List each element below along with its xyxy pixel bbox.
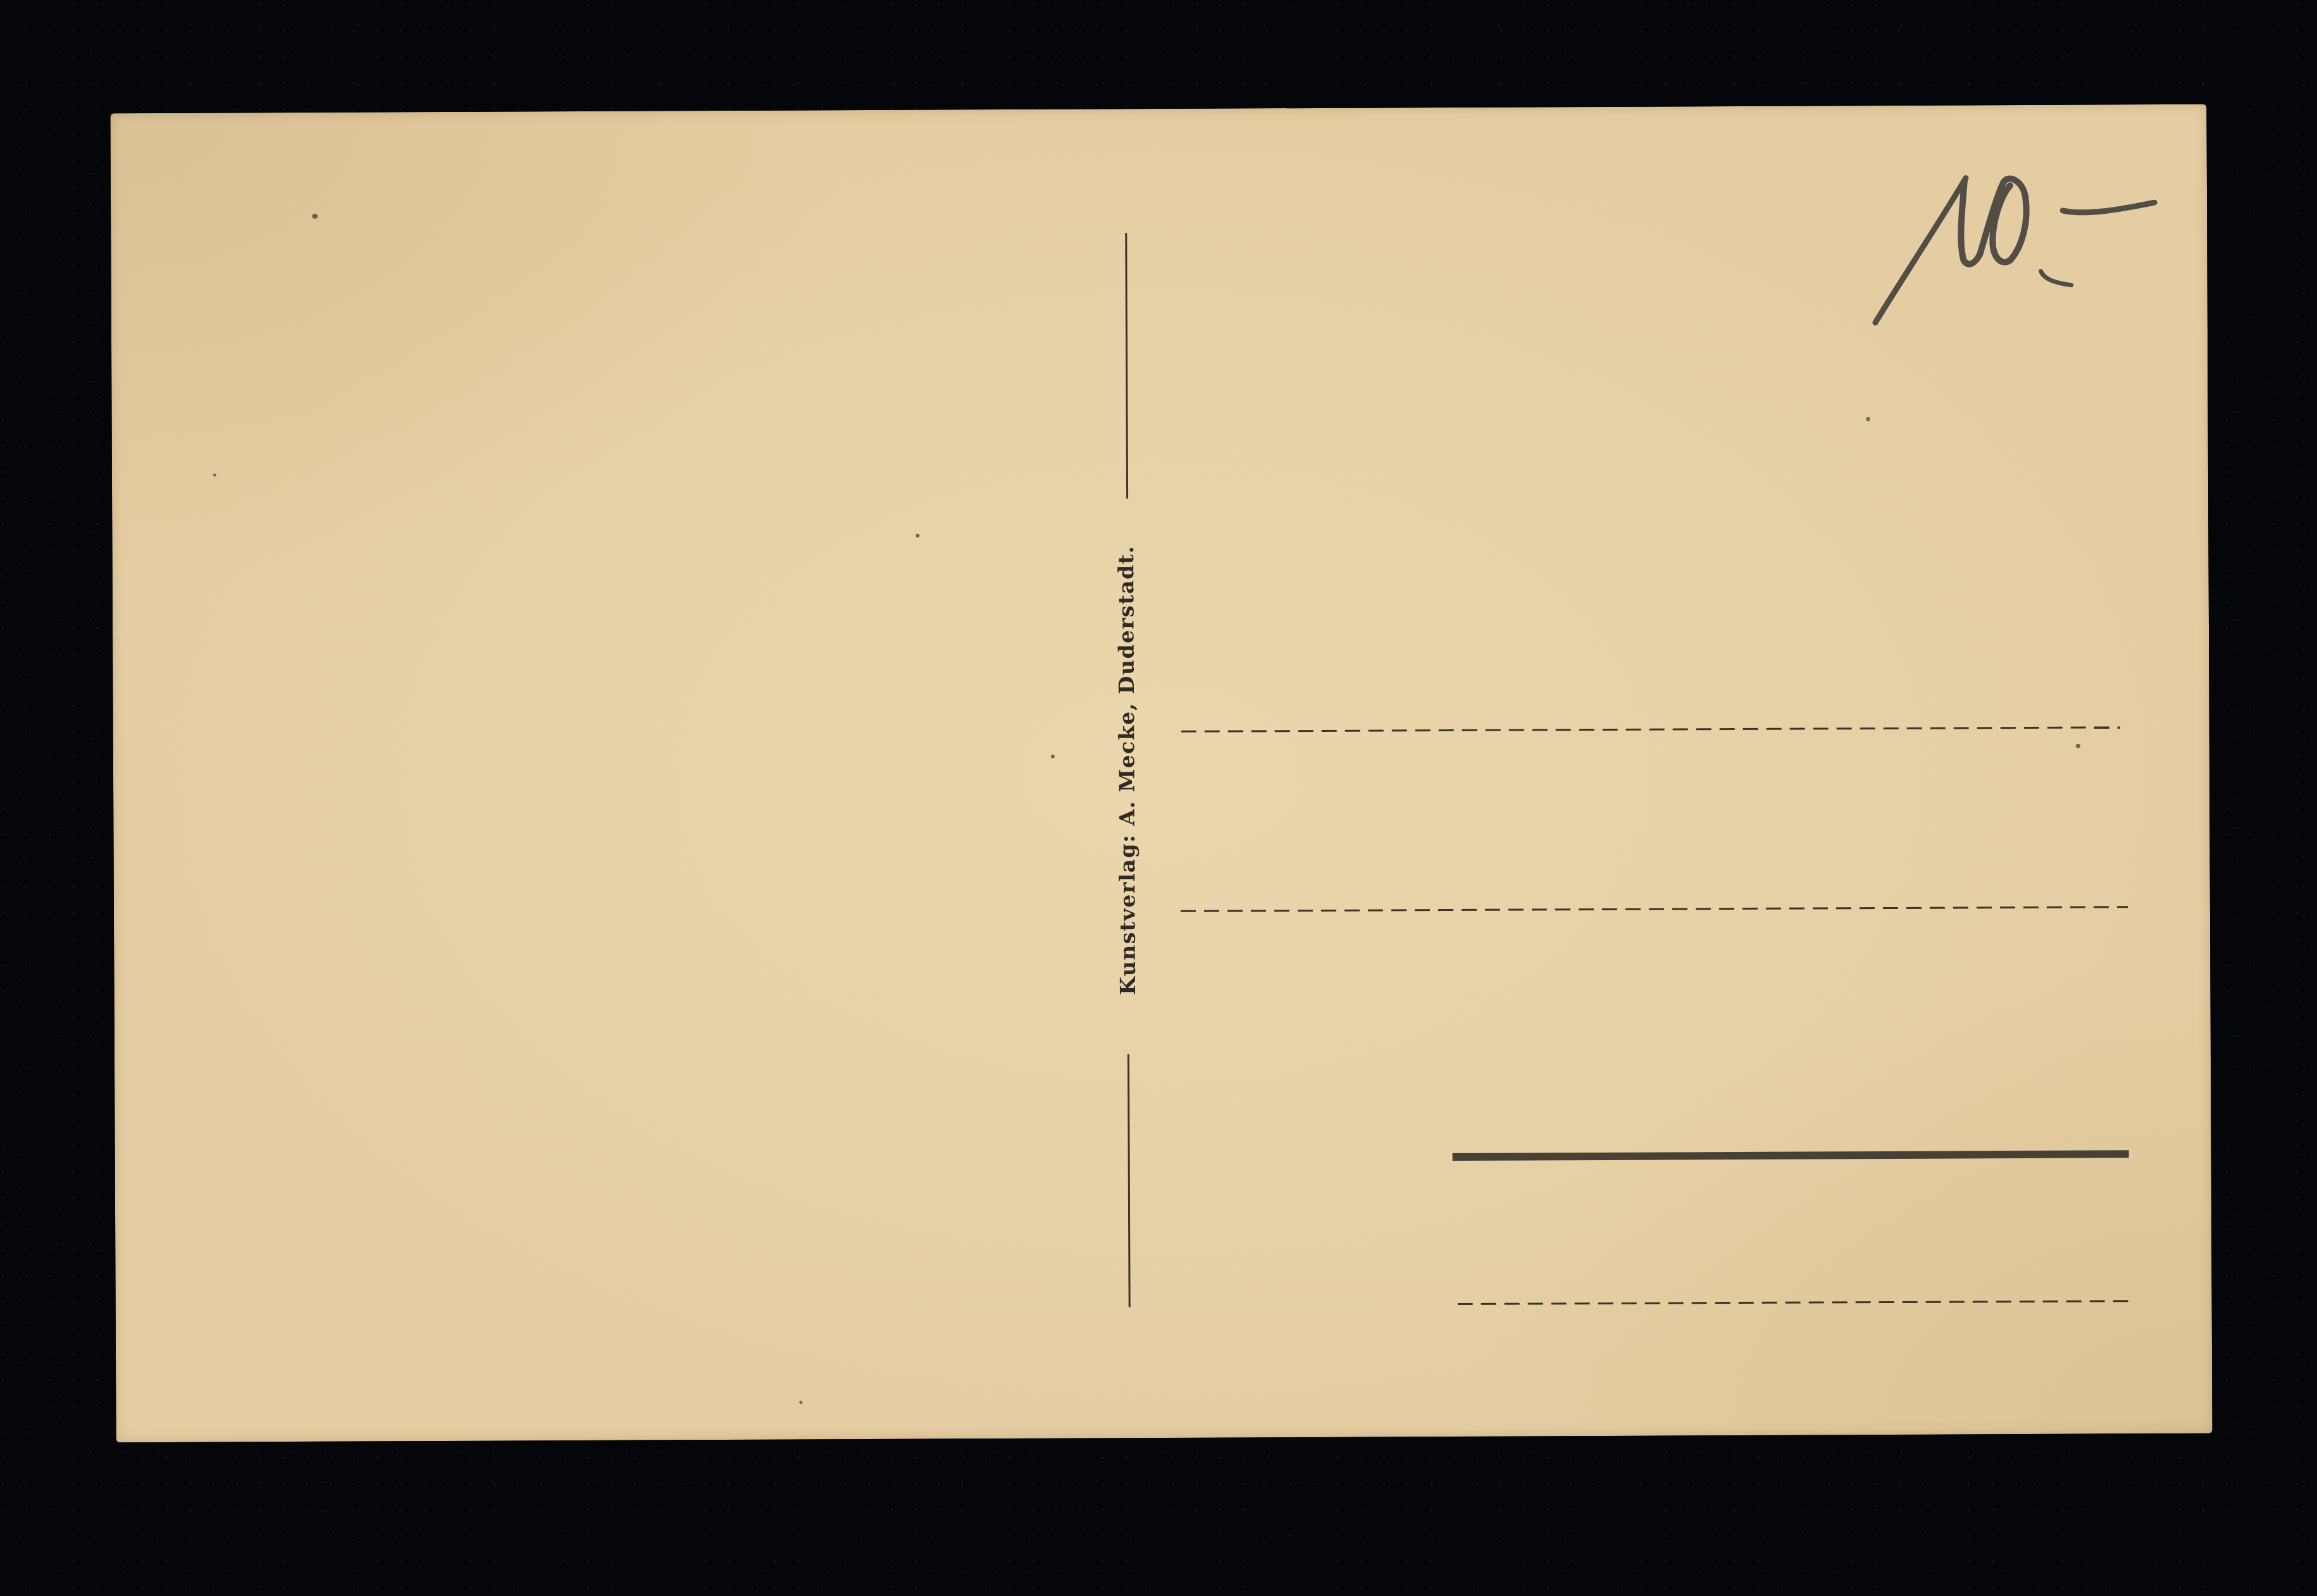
paper-speck — [2076, 744, 2080, 748]
pencil-stroke-icon — [1844, 171, 2174, 337]
publisher-imprint: Kunstverlag: A. Mecke, Duderstadt. — [1114, 545, 1140, 995]
paper-speck — [312, 214, 318, 219]
center-divider-bottom — [1127, 1054, 1131, 1307]
paper-speck — [916, 534, 919, 538]
paper-speck — [799, 1401, 802, 1404]
postcard-back: Kunstverlag: A. Mecke, Duderstadt. 10.– — [110, 104, 2212, 1442]
address-line-1 — [1181, 726, 2120, 732]
scan-background: Kunstverlag: A. Mecke, Duderstadt. 10.– — [0, 0, 2317, 1596]
paper-speck — [1867, 417, 1870, 421]
center-divider-top — [1125, 233, 1128, 498]
paper-speck — [1051, 755, 1055, 758]
handwritten-price-mark: 10.– — [1844, 171, 2174, 337]
address-line-4 — [1458, 1300, 2130, 1305]
address-line-2 — [1181, 906, 2128, 912]
paper-speck — [213, 474, 216, 477]
address-line-3-solid — [1453, 1150, 2129, 1161]
